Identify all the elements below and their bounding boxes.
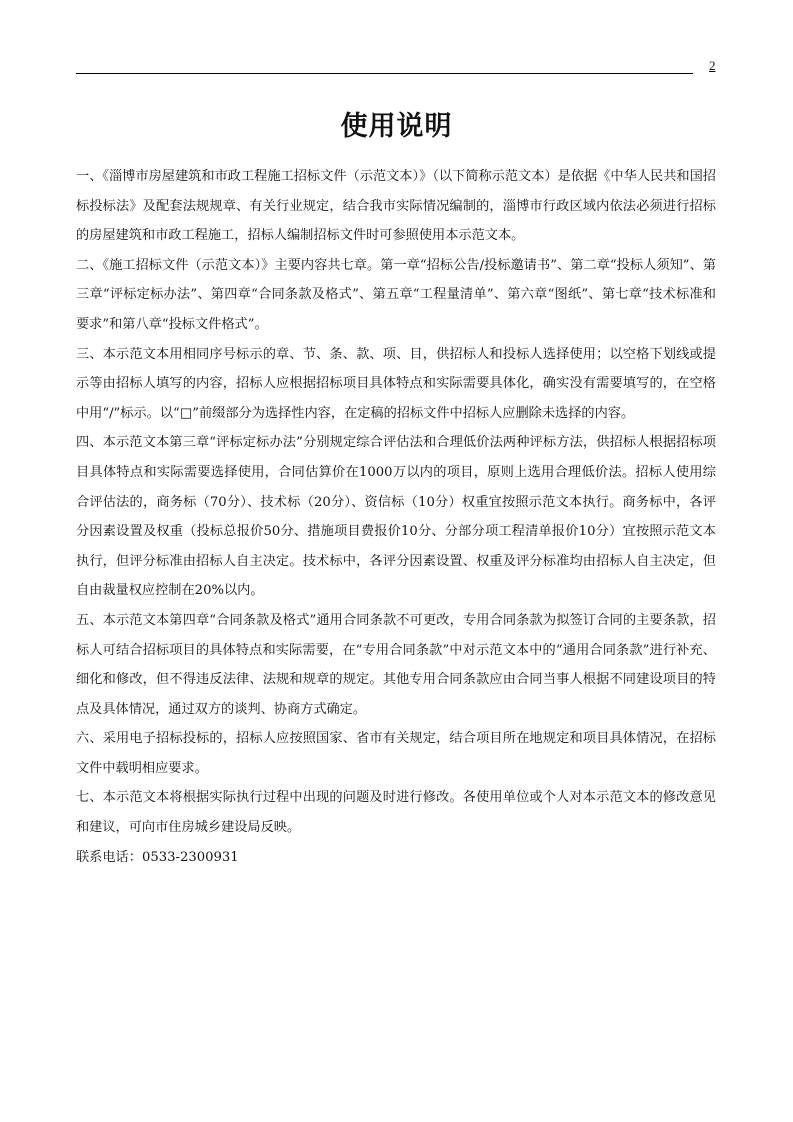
instructions-body: 一、《淄博市房屋建筑和市政工程施工招标文件（示范文本）》（以下简称示范文本）是依… — [76, 162, 716, 872]
paragraph-1: 一、《淄博市房屋建筑和市政工程施工招标文件（示范文本）》（以下简称示范文本）是依… — [76, 162, 716, 251]
header-rule — [76, 73, 693, 74]
paragraph-3: 三、本示范文本用相同序号标示的章、节、条、款、项、目，供招标人和投标人选择使用；… — [76, 340, 716, 429]
page-number: 2 — [709, 58, 716, 74]
paragraph-6: 六、采用电子招标投标的，招标人应按照国家、省市有关规定，结合项目所在地规定和项目… — [76, 724, 716, 783]
paragraph-7: 七、本示范文本将根据实际执行过程中出现的问题及时进行修改。各使用单位或个人对本示… — [76, 783, 716, 842]
contact-line: 联系电话：0533-2300931 — [76, 843, 716, 873]
paragraph-2: 二、《施工招标文件（示范文本）》主要内容共七章。第一章“招标公告/投标邀请书”、… — [76, 251, 716, 340]
contact-label: 联系电话： — [76, 850, 142, 865]
paragraph-4: 四、本示范文本第三章“评标定标办法”分别规定综合评估法和合理低价法两种评标方法，… — [76, 428, 716, 606]
contact-phone: 0533-2300931 — [142, 850, 239, 865]
page-title: 使用说明 — [0, 104, 793, 143]
paragraph-5: 五、本示范文本第四章“合同条款及格式”通用合同条款不可更改，专用合同条款为拟签订… — [76, 606, 716, 724]
